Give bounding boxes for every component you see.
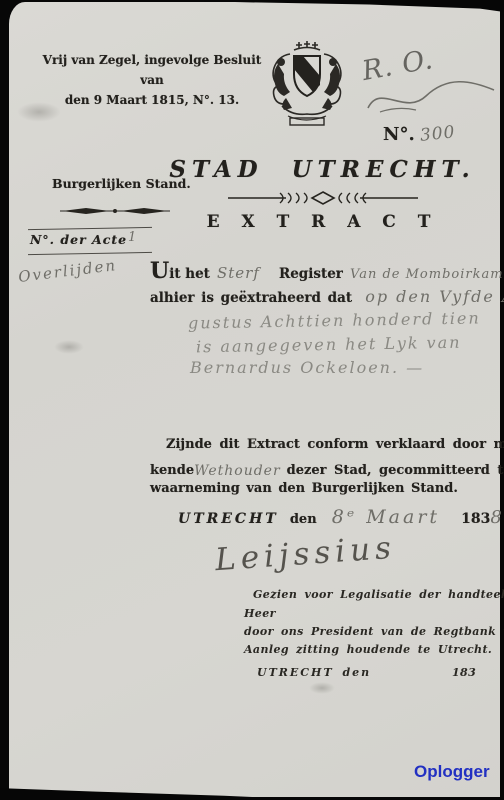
year-digit-handwritten: 8 — [490, 507, 502, 528]
acte-number-label: N°. der Acte — [30, 232, 127, 247]
spindle-divider-ornament — [60, 202, 170, 221]
legalisation-line4: Aanleg zitting houdende te Utrecht. — [244, 643, 492, 656]
deceased-name-handwritten: Bernardus Ockeloen. — — [190, 358, 424, 377]
body-line2-printed: alhier is geëxtraheerd dat — [150, 290, 352, 306]
closing-line2: kendeWethouderdezer Stad, gecommitteerd … — [150, 459, 504, 478]
legalisation-year: 183 — [452, 666, 476, 679]
extract-title: E X T R A C T — [150, 212, 495, 232]
document-number-value-handwritten: 300 — [419, 122, 456, 146]
title-ornament — [228, 190, 418, 209]
date-handwritten: 8ᵉ Maart — [332, 506, 440, 528]
register-source-handwritten: Van de Momboirkamer — [350, 267, 504, 282]
official-title-handwritten: Wethouder — [194, 463, 281, 479]
paper-smudge — [309, 682, 335, 694]
dateline-place: UTRECHT — [178, 511, 279, 527]
stamp-exemption-line2: den 9 Maart 1815, N°. 13. — [36, 90, 268, 110]
body-line1-printed: it het — [169, 266, 210, 282]
closing-line1: Zijnde dit Extract conform verklaard doo… — [166, 437, 504, 452]
oplogger-watermark: Oplogger — [414, 762, 490, 782]
year-printed: 183 — [461, 511, 490, 527]
body-line2: alhier is geëxtraheerd dat op den Vyfde … — [150, 287, 504, 306]
legalisation-line1: Gezien voor Legalisatie der handteekenin… — [253, 588, 504, 601]
date-of-event-handwritten: op den Vyfde Au- — [365, 287, 504, 306]
body-line1: Uit het Sterf Register Van de Momboirkam… — [150, 258, 504, 284]
dropcap-u: U — [150, 258, 169, 284]
city-title: STAD UTRECHT. — [150, 156, 495, 183]
dateline: UTRECHT den 8ᵉ Maart 1838 — [178, 506, 503, 528]
legalisation-line2: Heer — [244, 607, 276, 620]
closing-line3: waarneming van den Burgerlijken Stand. — [150, 481, 458, 496]
civil-registry-label: Burgerlijken Stand. — [52, 176, 191, 191]
dateline-den: den — [290, 512, 317, 527]
utrecht-coat-of-arms-icon — [268, 36, 346, 138]
stamp-exemption-line1: Vrij van Zegel, ingevolge Besluit van — [36, 50, 268, 90]
stamp-exemption-note: Vrij van Zegel, ingevolge Besluit van de… — [36, 50, 268, 110]
clerk-paraph-flourish — [360, 78, 500, 122]
register-word: Register — [279, 266, 343, 282]
register-type-handwritten: Sterf — [217, 264, 260, 282]
closing-line2-post: dezer Stad, gecommitteerd tot de — [287, 463, 504, 478]
legalisation-line3: door ons President van de Regtbank van E… — [244, 625, 504, 638]
closing-line2-pre: kende — [150, 463, 194, 478]
legalisation-place: UTRECHT den — [257, 666, 371, 679]
acte-number-value-handwritten: 1 — [128, 230, 137, 245]
document-number-label: N°. — [383, 124, 415, 145]
paper-smudge — [54, 340, 84, 354]
